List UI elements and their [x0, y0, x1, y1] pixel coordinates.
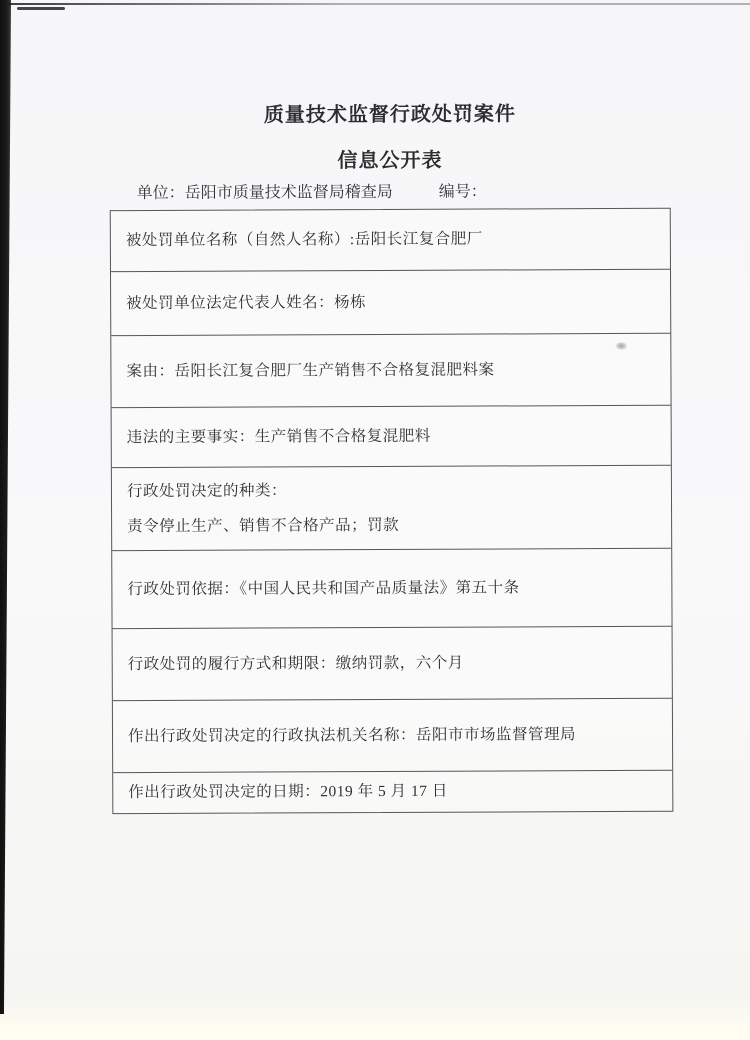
row-text: 行政处罚的履行方式和期限：缴纳罚款，六个月 [128, 653, 660, 675]
row-text: 违法的主要事实：生产销售不合格复混肥料 [127, 426, 659, 448]
table-row-illegal-facts: 违法的主要事实：生产销售不合格复混肥料 [112, 406, 671, 468]
row-text: 被处罚单位名称（自然人名称）:岳阳长江复合肥厂 [126, 229, 658, 251]
row-text: 行政处罚决定的种类： [127, 479, 659, 501]
number-label: 编号： [439, 184, 487, 201]
table-row-penalty-types: 行政处罚决定的种类： 责令停止生产、销售不合格产品；罚款 [112, 466, 671, 551]
scanner-edge-blotch [17, 7, 65, 10]
document-title-line2: 信息公开表 [109, 143, 670, 174]
row-text: 行政处罚依据：《中国人民共和国产品质量法》第五十条 [127, 578, 659, 600]
paper-content: 质量技术监督行政处罚案件 信息公开表 单位：岳阳市质量技术监督局稽查局编号： 被… [0, 0, 750, 1040]
row-text: 责令停止生产、销售不合格产品；罚款 [127, 515, 659, 537]
scanned-document-page: 质量技术监督行政处罚案件 信息公开表 单位：岳阳市质量技术监督局稽查局编号： 被… [0, 0, 750, 1040]
scanner-edge-top [8, 3, 750, 5]
row-text: 案由：岳阳长江复合肥厂生产销售不合格复混肥料案 [126, 360, 658, 382]
table-row-fulfillment-method: 行政处罚的履行方式和期限：缴纳罚款，六个月 [113, 627, 672, 701]
unit-value: 岳阳市质量技术监督局稽查局 [185, 184, 393, 202]
unit-label: 单位： [137, 185, 185, 202]
row-text: 作出行政处罚决定的行政执法机关名称：岳阳市市场监督管理局 [128, 725, 660, 747]
table-row-enforcement-agency: 作出行政处罚决定的行政执法机关名称：岳阳市市场监督管理局 [113, 699, 672, 773]
table-row-punished-unit-name: 被处罚单位名称（自然人名称）:岳阳长江复合肥厂 [111, 209, 670, 272]
row-text: 被处罚单位法定代表人姓名：杨栋 [126, 292, 658, 314]
penalty-info-table: 被处罚单位名称（自然人名称）:岳阳长江复合肥厂 被处罚单位法定代表人姓名：杨栋 … [110, 208, 674, 814]
scan-dust-speckle [615, 342, 627, 350]
table-row-decision-date: 作出行政处罚决定的日期：2019 年 5 月 17 日 [113, 771, 672, 813]
document-title-line1: 质量技术监督行政处罚案件 [109, 97, 670, 128]
table-row-legal-representative: 被处罚单位法定代表人姓名：杨栋 [111, 270, 670, 336]
document-header-line: 单位：岳阳市质量技术监督局稽查局编号： [137, 178, 671, 203]
row-text: 作出行政处罚决定的日期：2019 年 5 月 17 日 [128, 781, 660, 803]
table-row-case-title: 案由：岳阳长江复合肥厂生产销售不合格复混肥料案 [111, 334, 670, 408]
table-row-penalty-basis: 行政处罚依据：《中国人民共和国产品质量法》第五十条 [112, 549, 671, 629]
